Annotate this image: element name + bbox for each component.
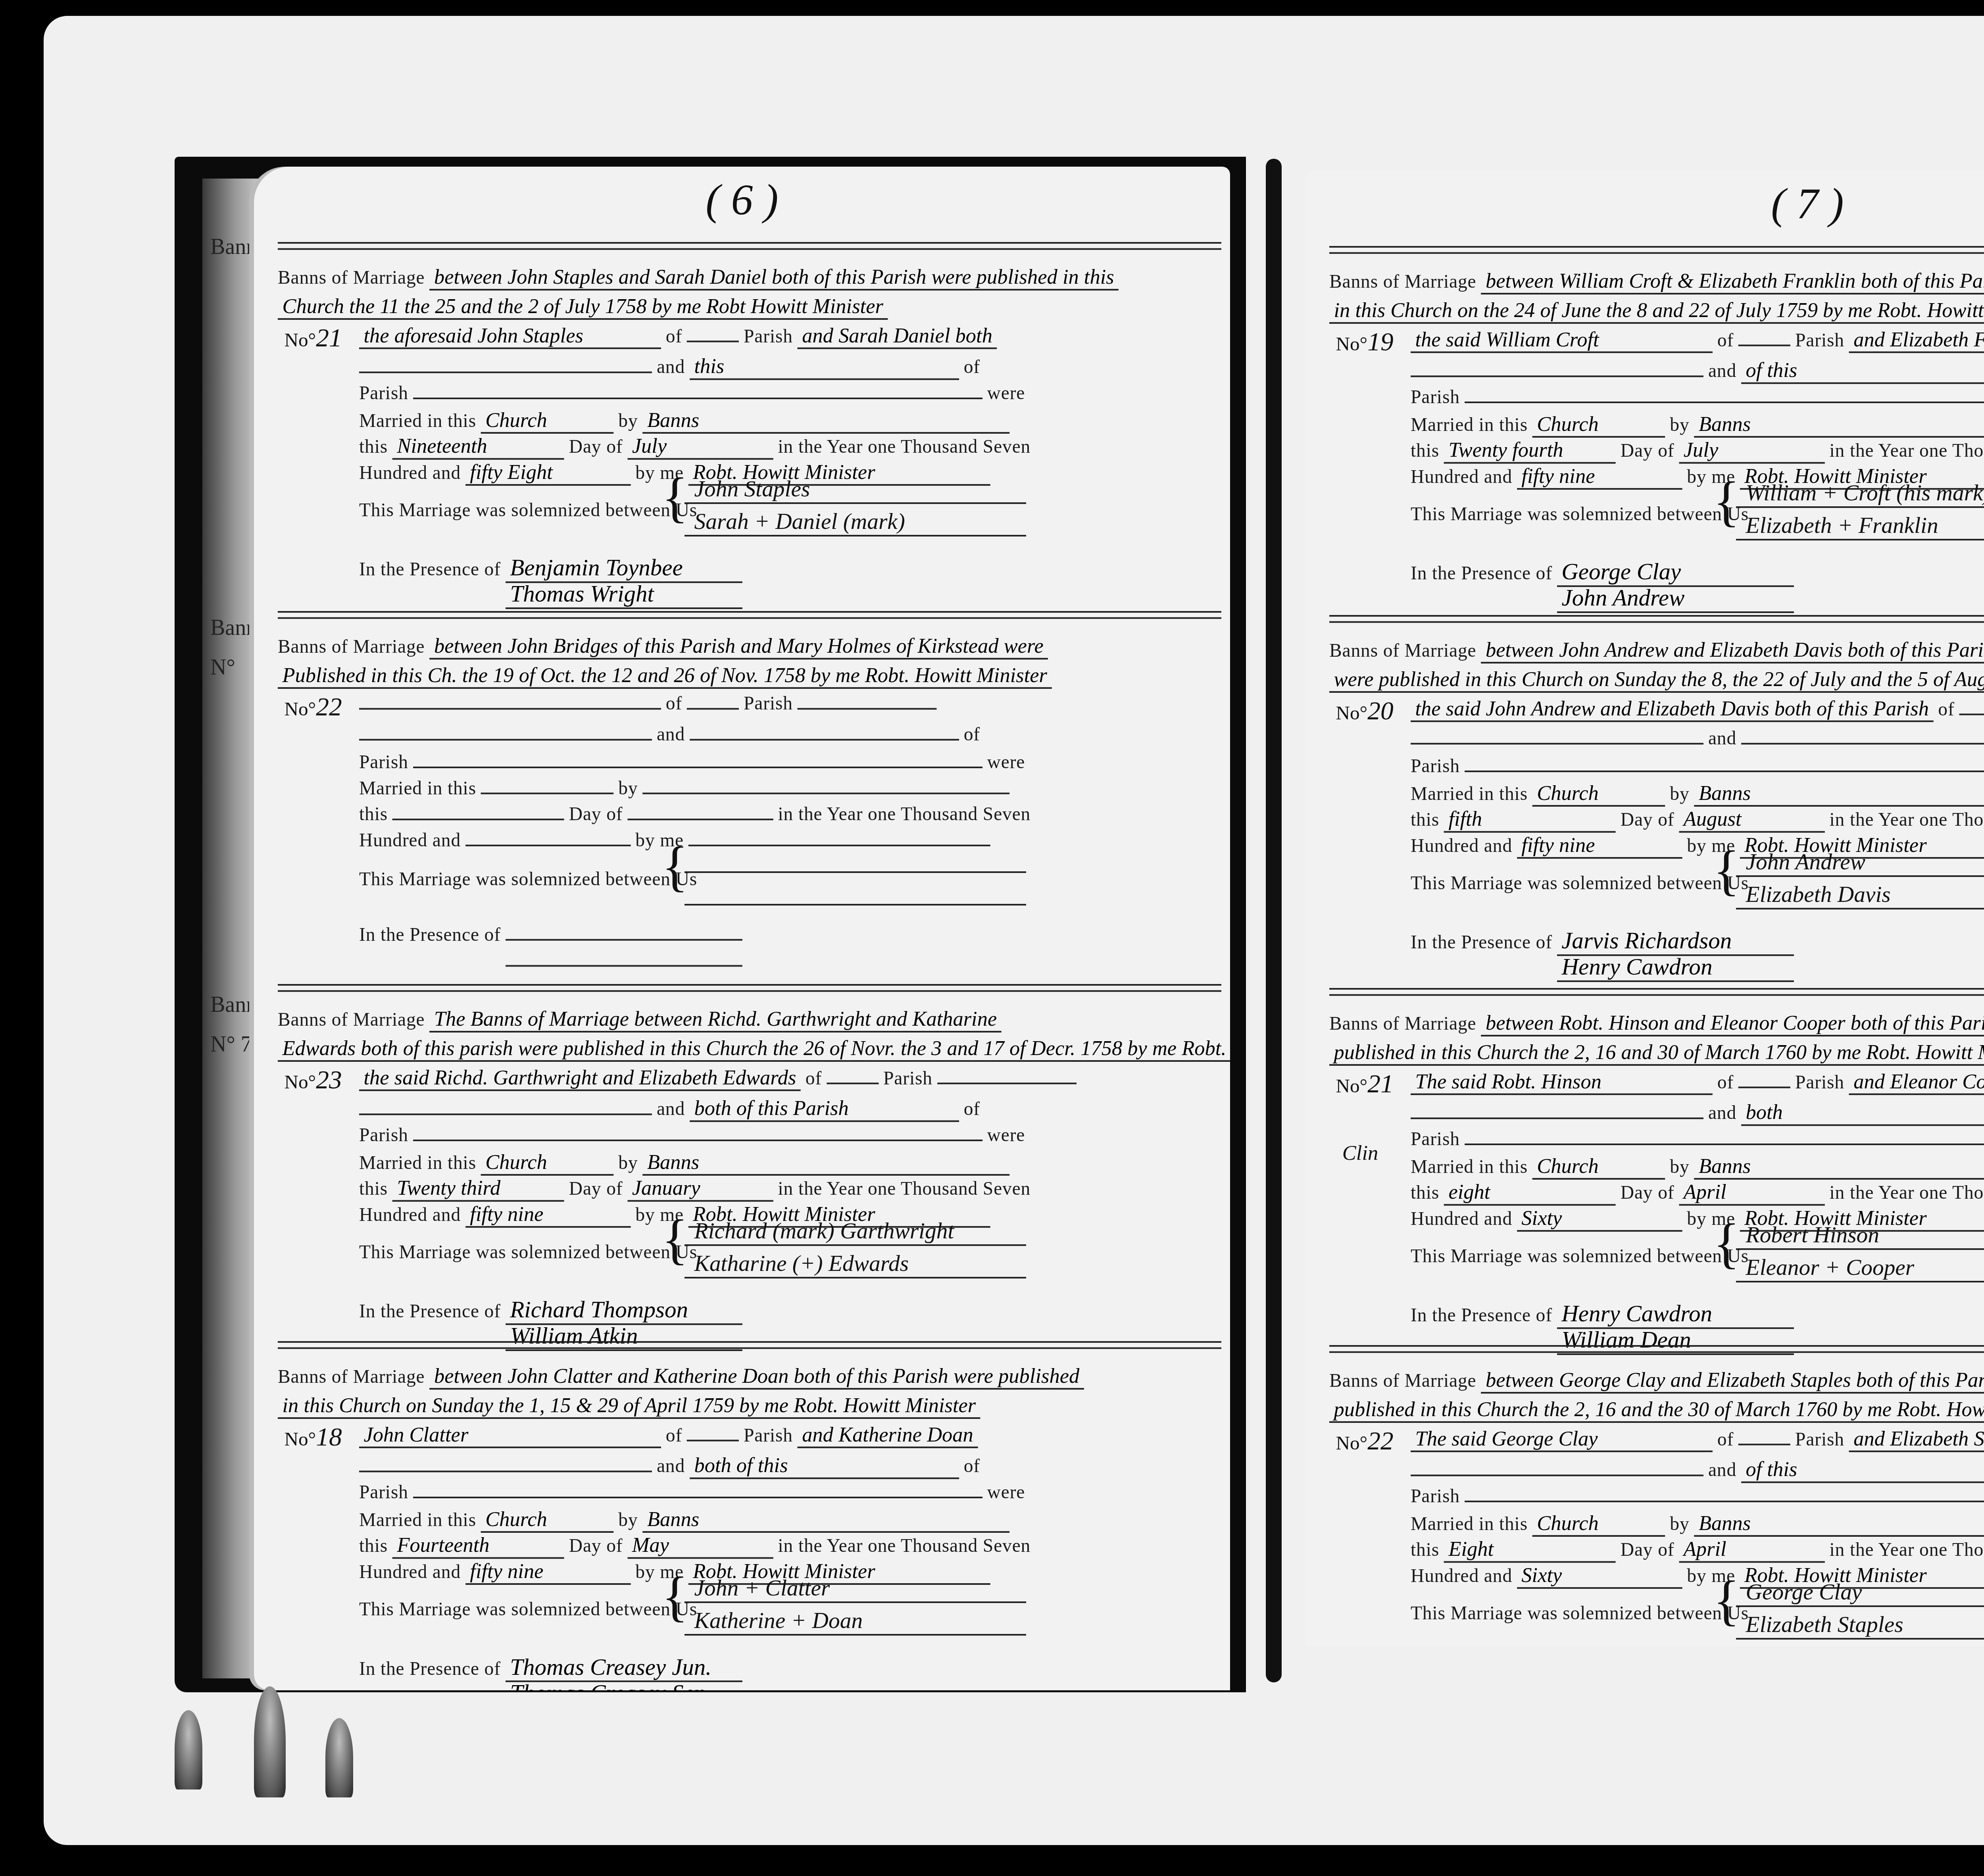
- bride-name: and Eleanor Cooper: [1849, 1069, 1984, 1095]
- parish-of: this: [690, 354, 959, 380]
- banns-label: Banns of Marriage: [278, 1009, 425, 1030]
- marriage-month: July: [627, 434, 773, 460]
- signature-bride: Katherine + Doan: [694, 1608, 863, 1634]
- entry-number-value: 20: [1367, 697, 1394, 725]
- banns-text-continued: in this Church on the 24 of June the 8 a…: [1329, 298, 1984, 324]
- page-number: ( 6 ): [706, 175, 778, 225]
- signature-groom: Robert Hinson: [1746, 1222, 1879, 1248]
- parish-of: of this: [1741, 358, 1984, 384]
- banns-label: Banns of Marriage: [1329, 640, 1476, 661]
- marriage-place: Church: [1532, 781, 1665, 807]
- marriage-year: [465, 845, 631, 846]
- banns-label: Banns of Marriage: [1329, 1370, 1476, 1391]
- page-number: ( 7 ): [1771, 179, 1844, 229]
- entry-divider: [1329, 988, 1984, 996]
- marriage-entry: Banns of Marriage between John Staples a…: [278, 242, 1221, 545]
- banns-text: between John Staples and Sarah Daniel bo…: [429, 265, 1119, 290]
- brace: {: [662, 839, 688, 894]
- witness-1: Thomas Creasey Jun.: [506, 1653, 742, 1682]
- marriage-day: Twenty third: [392, 1176, 564, 1202]
- groom-name: the aforesaid John Staples: [359, 323, 661, 349]
- entry-number: No°22: [1336, 1426, 1393, 1456]
- entry-divider: [278, 1341, 1221, 1349]
- marriage-place: Church: [1532, 1154, 1665, 1180]
- book-spine: [1266, 159, 1282, 1682]
- entry-number-value: 19: [1367, 328, 1394, 356]
- marriage-month: May: [627, 1533, 773, 1559]
- signature-bride: Elizabeth Staples: [1746, 1612, 1903, 1638]
- brace: {: [1713, 474, 1740, 529]
- entry-divider: [278, 242, 1221, 250]
- witness-2: Thomas Creasey Sen.: [506, 1680, 742, 1690]
- signature-bride: Elizabeth + Franklin: [1746, 513, 1938, 539]
- banns-text: The Banns of Marriage between Richd. Gar…: [429, 1007, 1001, 1032]
- parish-of: of this: [1741, 1457, 1984, 1483]
- marriage-year: fifty nine: [1517, 464, 1682, 490]
- brace: {: [662, 1212, 688, 1267]
- signature-groom: Richard (mark) Garthwright: [694, 1218, 954, 1244]
- marriage-day: Twenty fourth: [1444, 438, 1616, 464]
- marriage-by: Banns: [1694, 781, 1984, 807]
- marriage-by: Banns: [1694, 412, 1984, 438]
- signature-groom: John Staples: [694, 476, 810, 502]
- witness-1: George Clay: [1557, 558, 1794, 587]
- entry-number-value: 22: [1367, 1427, 1394, 1455]
- entry-number: No°18: [284, 1422, 342, 1452]
- groom-name: [359, 708, 661, 709]
- marriage-month: July: [1679, 438, 1824, 464]
- thumb: [175, 1710, 202, 1790]
- banns-text-continued: published in this Church the 2, 16 and t…: [1329, 1397, 1984, 1423]
- entry-divider: [1329, 615, 1984, 623]
- marriage-by: Banns: [1694, 1154, 1984, 1180]
- marriage-entry: Banns of Marriage between John Andrew an…: [1329, 615, 1984, 918]
- witness-2: Henry Cawdron: [1557, 953, 1794, 982]
- signature-groom: John + Clatter: [694, 1575, 830, 1601]
- register-page-left: ( 6 ) Banns of Marriage between John Sta…: [254, 167, 1230, 1690]
- brace: {: [1713, 843, 1740, 898]
- marriage-entry: Banns of Marriage between Robt. Hinson a…: [1329, 988, 1984, 1291]
- signature-bride: Sarah + Daniel (mark): [694, 509, 905, 535]
- marriage-year: fifty nine: [465, 1559, 631, 1585]
- marriage-month: January: [627, 1176, 773, 1202]
- thumb: [325, 1718, 353, 1797]
- marriage-place: Church: [1532, 412, 1665, 438]
- marriage-by: Banns: [642, 1150, 1009, 1176]
- bride-name: and Katherine Doan: [798, 1422, 978, 1448]
- signature-groom: John Andrew: [1746, 849, 1865, 875]
- banns-text: between John Andrew and Elizabeth Davis …: [1481, 638, 1984, 663]
- marriage-by: Banns: [1694, 1511, 1984, 1537]
- marriage-by: Banns: [642, 408, 1009, 434]
- banns-label: Banns of Marriage: [1329, 271, 1476, 292]
- entry-number-value: 22: [316, 693, 342, 721]
- banns-text: between George Clay and Elizabeth Staple…: [1481, 1368, 1984, 1394]
- entry-divider: [1329, 1345, 1984, 1353]
- witness-2: John Andrew: [1557, 584, 1794, 613]
- witness-1: Richard Thompson: [506, 1296, 742, 1325]
- parish-of: both: [1741, 1100, 1984, 1126]
- marriage-month: [627, 819, 773, 820]
- groom-name: The said George Clay: [1411, 1426, 1713, 1452]
- margin-note: Clin: [1342, 1141, 1378, 1165]
- marriage-month: April: [1679, 1180, 1824, 1206]
- marriage-entry: Banns of Marriage between William Croft …: [1329, 246, 1984, 549]
- groom-name: the said John Andrew and Elizabeth Davis…: [1411, 696, 1933, 722]
- marriage-year: fifty Eight: [465, 460, 631, 486]
- bride-name: [798, 708, 937, 709]
- bride-name: and Sarah Daniel both: [798, 323, 997, 349]
- marriage-day: Fourteenth: [392, 1533, 564, 1559]
- groom-name: the said William Croft: [1411, 327, 1713, 353]
- officiant: [688, 845, 990, 846]
- marriage-place: Church: [481, 408, 614, 434]
- marriage-by: [642, 793, 1009, 794]
- parish-of: [1741, 743, 1984, 744]
- thumb: [254, 1686, 286, 1797]
- signature-groom: George Clay: [1746, 1579, 1862, 1605]
- witness-1: Benjamin Toynbee: [506, 554, 742, 583]
- witness-1: [506, 939, 742, 941]
- entry-number-value: 18: [316, 1423, 342, 1451]
- banns-text-continued: in this Church on Sunday the 1, 15 & 29 …: [278, 1393, 980, 1419]
- marriage-entry: Banns of Marriage The Banns of Marriage …: [278, 984, 1221, 1287]
- signature-bride: Eleanor + Cooper: [1746, 1255, 1915, 1281]
- parish-of: both of this Parish: [690, 1096, 959, 1122]
- entry-divider: [1329, 246, 1984, 254]
- entry-number: No°23: [284, 1065, 342, 1095]
- banns-text-continued: published in this Church the 2, 16 and 3…: [1329, 1040, 1984, 1066]
- banns-text: between William Croft & Elizabeth Frankl…: [1481, 269, 1984, 294]
- marriage-place: Church: [481, 1507, 614, 1533]
- groom-name: the said Richd. Garthwright and Elizabet…: [359, 1065, 801, 1091]
- witness-1: Henry Cawdron: [1557, 1300, 1794, 1329]
- banns-text: between John Clatter and Katherine Doan …: [429, 1364, 1084, 1390]
- marriage-entry: Banns of Marriage between John Clatter a…: [278, 1341, 1221, 1644]
- marriage-day: Nineteenth: [392, 434, 564, 460]
- marriage-year: Sixty: [1517, 1563, 1682, 1589]
- marriage-place: Church: [481, 1150, 614, 1176]
- marriage-place: [481, 793, 614, 794]
- marriage-day: Eight: [1444, 1537, 1616, 1563]
- entry-number-value: 23: [316, 1066, 342, 1094]
- marriage-day: fifth: [1444, 807, 1616, 833]
- banns-text: between Robt. Hinson and Eleanor Cooper …: [1481, 1011, 1984, 1036]
- parish-of: both of this: [690, 1453, 959, 1479]
- bride-name: and Elizabeth Staples both: [1849, 1426, 1984, 1452]
- marriage-entry: Banns of Marriage between John Bridges o…: [278, 611, 1221, 914]
- marriage-by: Banns: [642, 1507, 1009, 1533]
- groom-name: The said Robt. Hinson: [1411, 1069, 1713, 1095]
- brace: {: [1713, 1216, 1740, 1271]
- banns-text: between John Bridges of this Parish and …: [429, 634, 1048, 659]
- witness-2: Thomas Wright: [506, 580, 742, 609]
- entry-number: No°20: [1336, 696, 1393, 726]
- bride-name: [937, 1082, 1077, 1084]
- marriage-place: Church: [1532, 1511, 1665, 1537]
- brace: {: [662, 1569, 688, 1624]
- entry-number-value: 21: [1367, 1070, 1394, 1098]
- banns-label: Banns of Marriage: [278, 1366, 425, 1387]
- marriage-day: [392, 819, 564, 820]
- banns-label: Banns of Marriage: [1329, 1013, 1476, 1034]
- marriage-month: April: [1679, 1537, 1824, 1563]
- signature-groom: William + Croft (his mark): [1746, 480, 1984, 506]
- entry-number-value: 21: [316, 324, 342, 352]
- marriage-entry: Banns of Marriage between George Clay an…: [1329, 1345, 1984, 1647]
- marriage-year: fifty nine: [465, 1202, 631, 1228]
- brace: {: [1713, 1573, 1740, 1628]
- leaf-stub-text: N° 7: [210, 1032, 252, 1057]
- leaf-stub-text: N°: [210, 655, 235, 680]
- marriage-month: August: [1679, 807, 1824, 833]
- entry-number: No°22: [284, 692, 342, 722]
- marriage-day: eight: [1444, 1180, 1616, 1206]
- entry-divider: [278, 984, 1221, 992]
- banns-text-continued: Church the 11 the 25 and the 2 of July 1…: [278, 294, 888, 320]
- witness-1: Jarvis Richardson: [1557, 927, 1794, 956]
- register-page-right: ( 7 ) Banns of Marriage between William …: [1305, 171, 1984, 1647]
- groom-name: John Clatter: [359, 1422, 661, 1448]
- entry-number: No°21: [1336, 1069, 1393, 1099]
- entry-number: No°21: [284, 323, 342, 353]
- banns-label: Banns of Marriage: [278, 267, 425, 288]
- brace: {: [662, 470, 688, 525]
- marriage-year: fifty nine: [1517, 833, 1682, 859]
- banns-text-continued: Published in this Ch. the 19 of Oct. the…: [278, 663, 1052, 689]
- banns-text-continued: Edwards both of this parish were publish…: [278, 1036, 1230, 1062]
- bride-name: and Elizabeth Franklin both: [1849, 327, 1984, 353]
- parish-of: [690, 739, 959, 740]
- signature-bride: Elizabeth Davis: [1746, 882, 1891, 908]
- banns-text-continued: were published in this Church on Sunday …: [1329, 667, 1984, 693]
- marriage-year: Sixty: [1517, 1206, 1682, 1232]
- banns-label: Banns of Marriage: [278, 636, 425, 657]
- entry-number: No°19: [1336, 327, 1393, 357]
- signature-bride: Katharine (+) Edwards: [694, 1251, 909, 1277]
- entry-divider: [278, 611, 1221, 619]
- witness-2: [506, 965, 742, 967]
